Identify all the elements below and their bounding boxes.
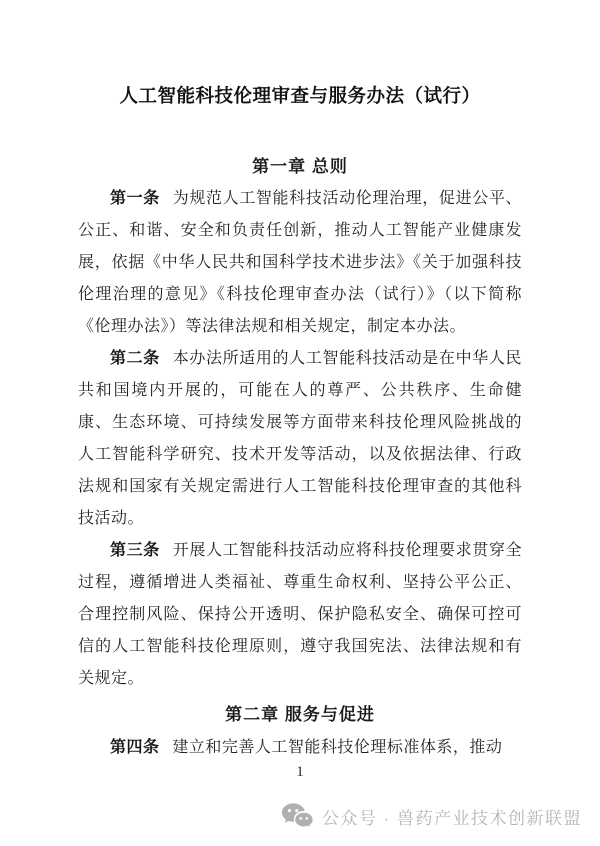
watermark-text: 公众号 · 兽药产业技术创新联盟 [322,804,582,829]
article-2-label: 第二条 [110,350,160,367]
article-4-label: 第四条 [110,739,160,756]
article-4-paragraph: 第四条建立和完善人工智能科技伦理标准体系，推动 [78,732,522,764]
article-1-paragraph: 第一条为规范人工智能科技活动伦理治理，促进公平、公正、和谐、安全和负责任创新，推… [78,183,522,343]
document-title: 人工智能科技伦理审查与服务办法（试行） [78,84,522,111]
page-number: 1 [0,764,600,781]
article-3-label: 第三条 [110,542,160,559]
article-3-text: 开展人工智能科技活动应将科技伦理要求贯穿全过程，遵循增进人类福祉、尊重生命权利、… [78,542,522,687]
article-1-label: 第一条 [110,190,160,207]
article-3-paragraph: 第三条开展人工智能科技活动应将科技伦理要求贯穿全过程，遵循增进人类福祉、尊重生命… [78,535,522,695]
article-2-text: 本办法所适用的人工智能科技活动是在中华人民共和国境内开展的，可能在人的尊严、公共… [78,350,522,527]
article-1-text: 为规范人工智能科技活动伦理治理，促进公平、公正、和谐、安全和负责任创新，推动人工… [78,190,522,335]
article-4-text: 建立和完善人工智能科技伦理标准体系，推动 [172,739,502,756]
chapter-1-heading: 第一章 总则 [78,155,522,179]
watermark: 公众号 · 兽药产业技术创新联盟 [281,802,582,830]
document-content: 人工智能科技伦理审查与服务办法（试行） 第一章 总则 第一条为规范人工智能科技活… [0,0,600,764]
chapter-2-heading: 第二章 服务与促进 [78,703,522,727]
article-2-paragraph: 第二条本办法所适用的人工智能科技活动是在中华人民共和国境内开展的，可能在人的尊严… [78,343,522,535]
wechat-icon [281,802,314,830]
document-page: 人工智能科技伦理审查与服务办法（试行） 第一章 总则 第一条为规范人工智能科技活… [0,0,600,846]
